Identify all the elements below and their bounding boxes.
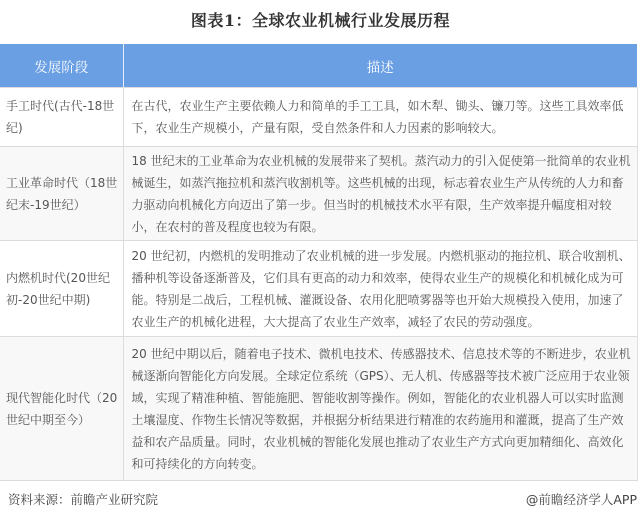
footer: 资料来源：前瞻产业研究院 @前瞻经济学人APP — [8, 490, 637, 508]
description-cell: 20 世纪中期以后，随着电子技术、微机电技术、传感器技术、信息技术等的不断进步，… — [123, 337, 637, 481]
chart-title: 图表1：全球农业机械行业发展历程 — [0, 8, 641, 31]
stage-cell: 内燃机时代(20世纪初-20世纪中期) — [0, 241, 123, 337]
header-stage: 发展阶段 — [0, 44, 123, 88]
stage-cell: 工业革命时代（18世纪末-19世纪） — [0, 147, 123, 241]
table-row: 现代智能化时代（20世纪中期至今） 20 世纪中期以后，随着电子技术、微机电技术… — [0, 337, 637, 481]
source-note: 资料来源：前瞻产业研究院 — [8, 490, 158, 508]
stage-cell: 现代智能化时代（20世纪中期至今） — [0, 337, 123, 481]
description-cell: 20 世纪初，内燃机的发明推动了农业机械的进一步发展。内燃机驱动的拖拉机、联合收… — [123, 241, 637, 337]
description-cell: 在古代，农业生产主要依赖人力和简单的手工工具，如木犁、锄头、镰刀等。这些工具效率… — [123, 88, 637, 147]
table-header-row: 发展阶段 描述 — [0, 44, 637, 88]
description-cell: 18 世纪末的工业革命为农业机械的发展带来了契机。蒸汽动力的引入促使第一批简单的… — [123, 147, 637, 241]
stage-cell: 手工时代(古代-18世纪) — [0, 88, 123, 147]
credit-note: @前瞻经济学人APP — [526, 490, 637, 508]
table-row: 工业革命时代（18世纪末-19世纪） 18 世纪末的工业革命为农业机械的发展带来… — [0, 147, 637, 241]
table-row: 手工时代(古代-18世纪) 在古代，农业生产主要依赖人力和简单的手工工具，如木犁… — [0, 88, 637, 147]
table-row: 内燃机时代(20世纪初-20世纪中期) 20 世纪初，内燃机的发明推动了农业机械… — [0, 241, 637, 337]
header-description: 描述 — [123, 44, 637, 88]
development-history-table: 发展阶段 描述 手工时代(古代-18世纪) 在古代，农业生产主要依赖人力和简单的… — [0, 44, 638, 481]
